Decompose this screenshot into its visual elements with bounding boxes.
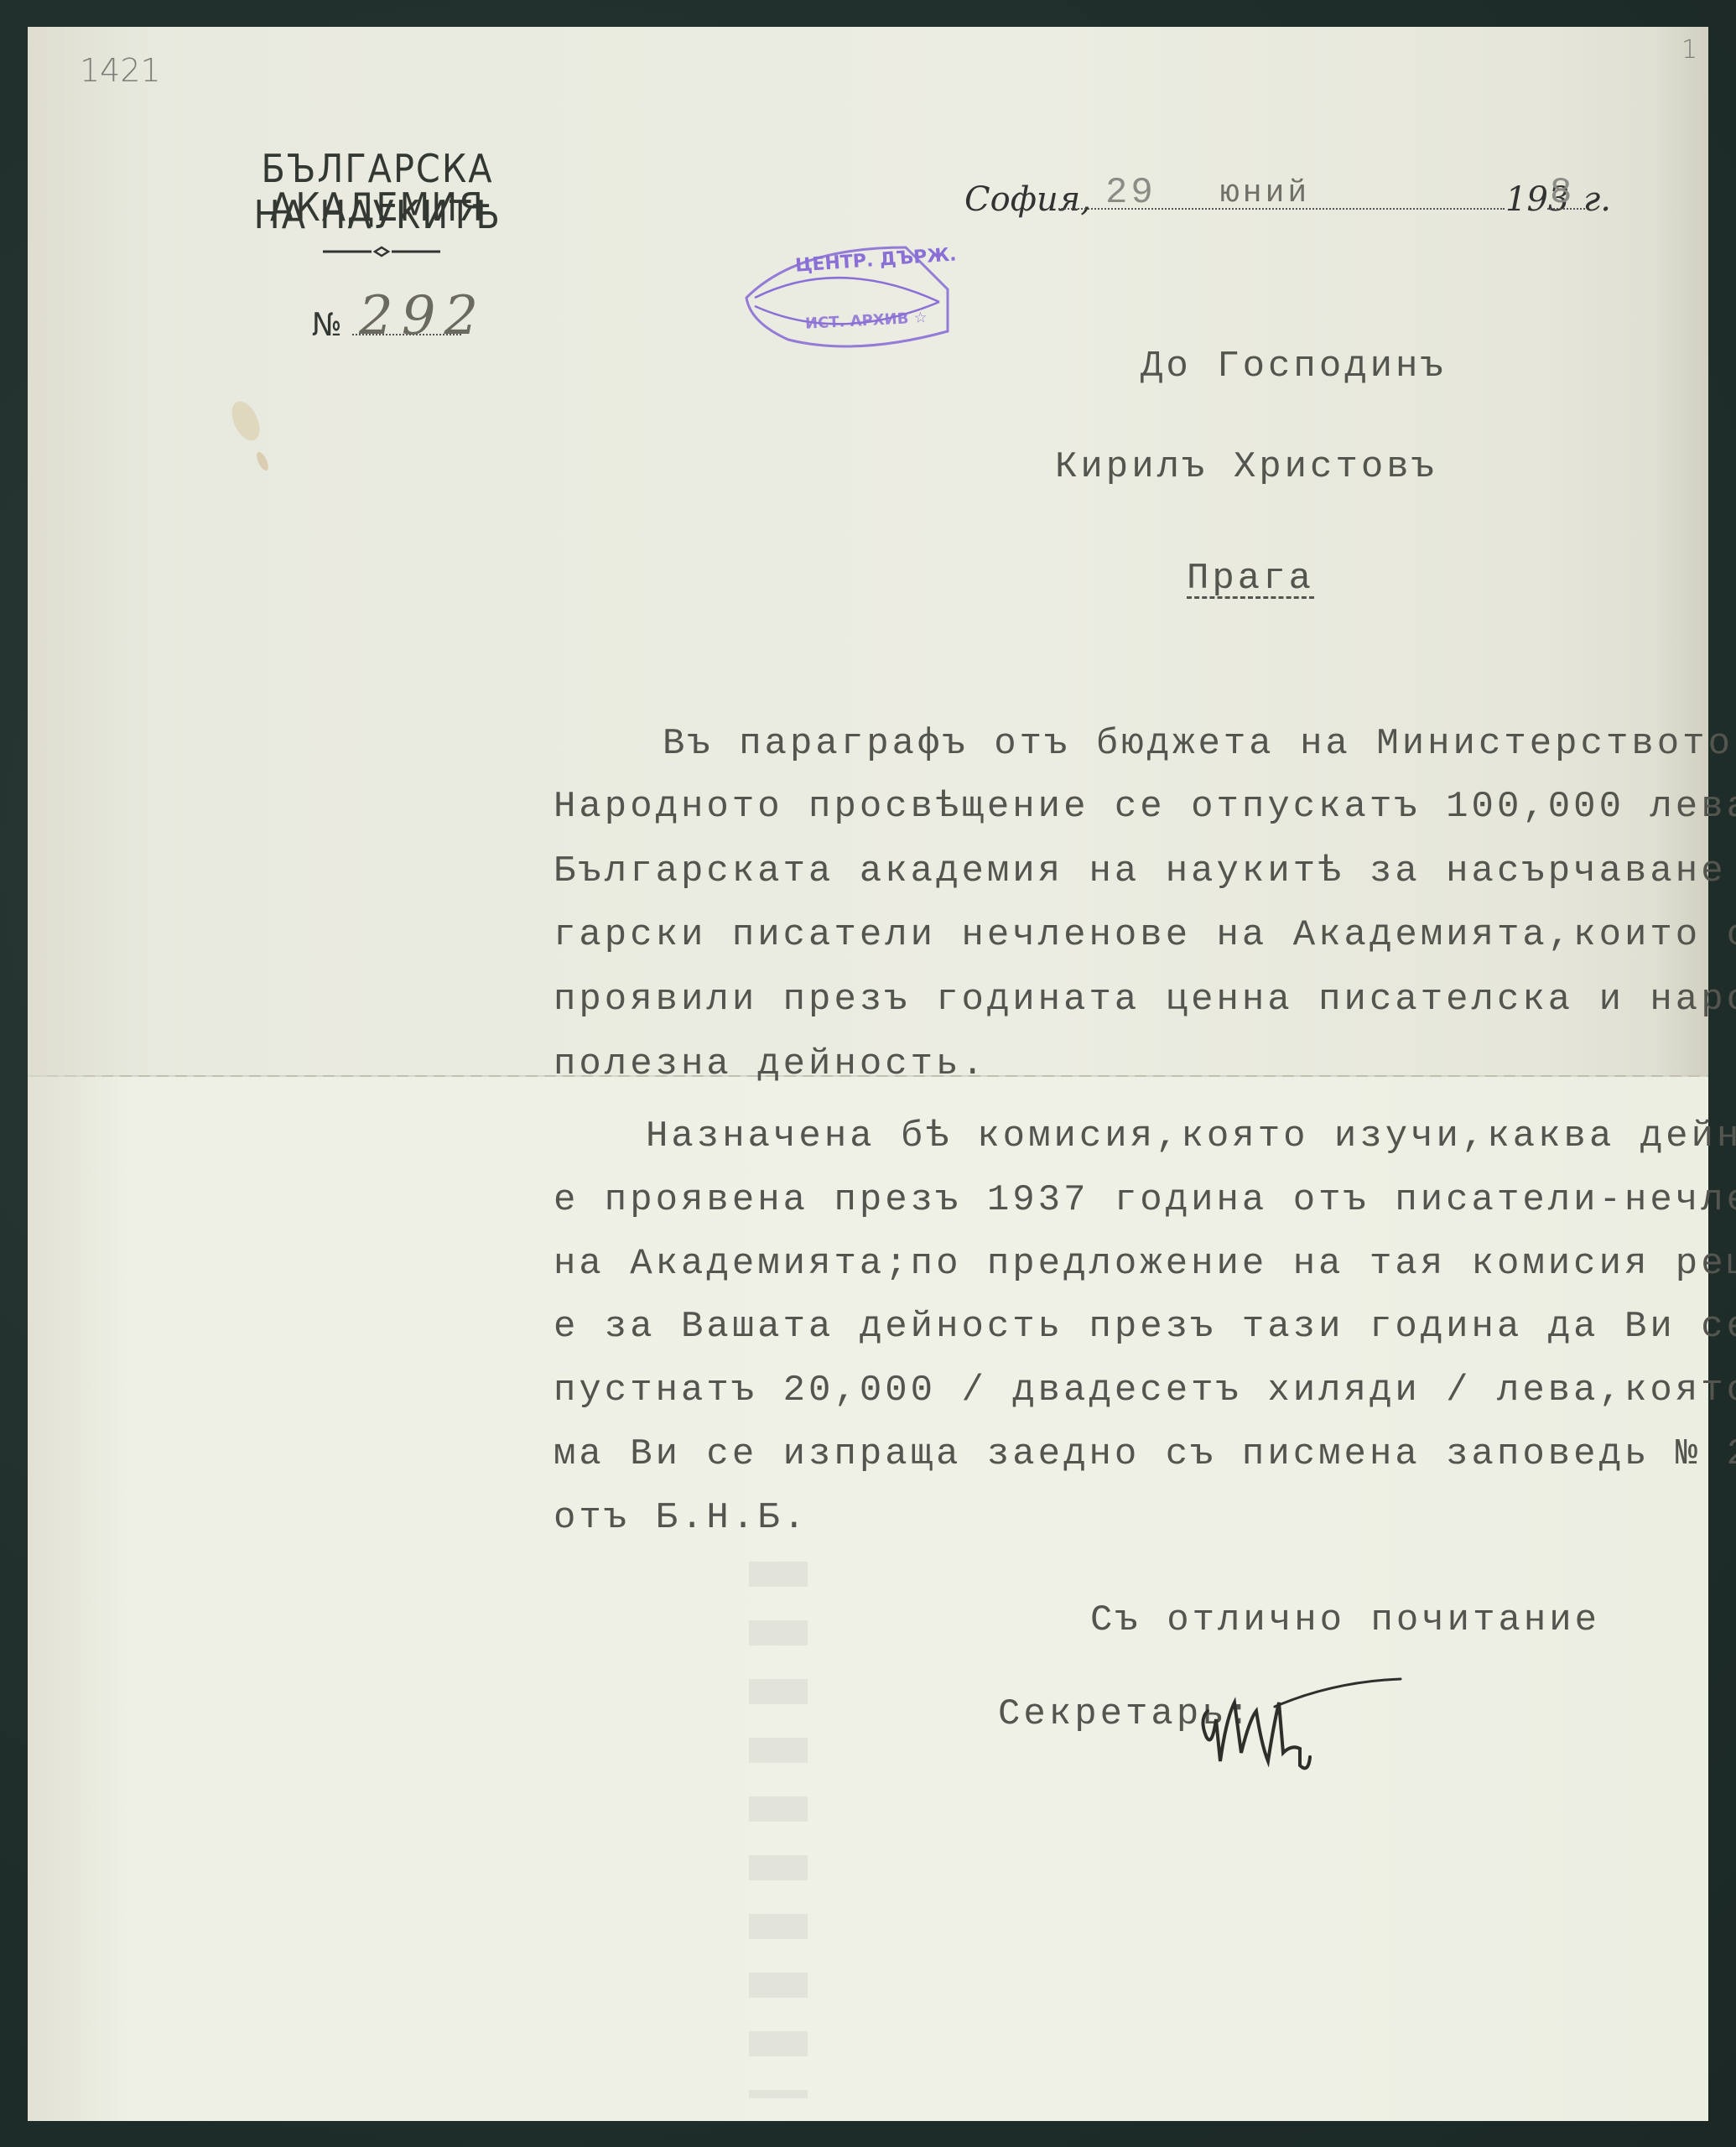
date-year-abbr: г.: [1583, 183, 1611, 216]
recipient-name: Кирилъ Христовъ: [1055, 449, 1437, 486]
body-p1-line2: Народното просвѣщение се отпускатъ 100,0…: [554, 788, 1736, 825]
date-month: юний: [1220, 178, 1310, 210]
number-label: №: [312, 309, 342, 341]
edge-shadow-left: [28, 27, 128, 2121]
show-through-text: [749, 1562, 808, 2098]
lower-section: [28, 1076, 1708, 2121]
body-p1-line3: Българската академия на наукитѣ за насър…: [554, 853, 1736, 890]
valediction: Съ отлично почитание: [1090, 1602, 1600, 1639]
recipient-city: Прага: [1187, 560, 1314, 597]
body-p2-line5: пустнатъ 20,000 / двадесетъ хиляди / лев…: [554, 1372, 1736, 1409]
body-p1-line4: гарски писатели нечленове на Академията,…: [554, 917, 1736, 954]
date-city: София,: [964, 183, 1091, 216]
body-p2-line7: отъ Б.Н.Б.: [554, 1500, 808, 1536]
year-dotted-line: [1547, 208, 1585, 210]
folio-number: 1421: [80, 52, 161, 89]
stain-mark: [229, 396, 279, 480]
page-number: 1: [1681, 35, 1697, 65]
body-p1-line6: полезна дейность.: [554, 1046, 987, 1083]
recipient-salutation: До Господинъ: [1141, 348, 1447, 385]
body-p2-line2: е проявена презъ 1937 година отъ писател…: [554, 1182, 1736, 1219]
body-p2-line3: на Академията;по предложение на тая коми…: [554, 1245, 1736, 1282]
body-p1-line1: Въ параграфъ отъ бюджета на Министерство…: [663, 725, 1736, 762]
body-p2-line4: е за Вашата дейность презъ тази година д…: [554, 1308, 1736, 1345]
body-p2-line6: ма Ви се изпраща заедно съ писмена запов…: [554, 1436, 1736, 1473]
date-day: 29: [1105, 174, 1156, 211]
body-p1-line5: проявили презъ годината ценна писателска…: [554, 981, 1736, 1018]
ornament-divider-icon: [323, 246, 440, 257]
handwritten-number: 292: [359, 289, 486, 343]
handwritten-signature: [1174, 1669, 1442, 1778]
letterhead-line2: НА НАУКИТѢ: [151, 195, 604, 234]
body-p2-line1: Назначена бѣ комисия,която изучи,каква д…: [646, 1118, 1736, 1155]
date-year-suffix: 8: [1550, 174, 1575, 211]
